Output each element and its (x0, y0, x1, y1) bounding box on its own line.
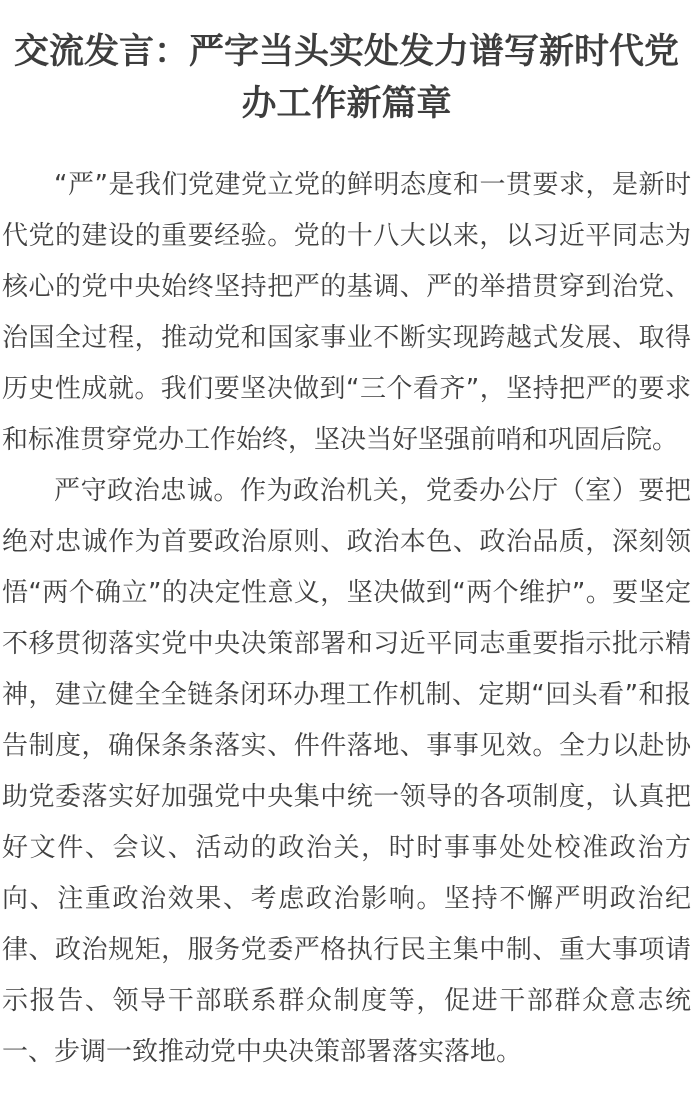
paragraph-political-loyalty: 严守政治忠诚。作为政治机关，党委办公厅（室）要把绝对忠诚作为首要政治原则、政治本… (2, 466, 691, 1078)
paragraph-intro: “严”是我们党建党立党的鲜明态度和一贯要求，是新时代党的建设的重要经验。党的十八… (2, 160, 691, 466)
article-title: 交流发言：严字当头实处发力谱写新时代党办工作新篇章 (2, 26, 691, 130)
article-page: 交流发言：严字当头实处发力谱写新时代党办工作新篇章 “严”是我们党建党立党的鲜明… (0, 0, 693, 1108)
